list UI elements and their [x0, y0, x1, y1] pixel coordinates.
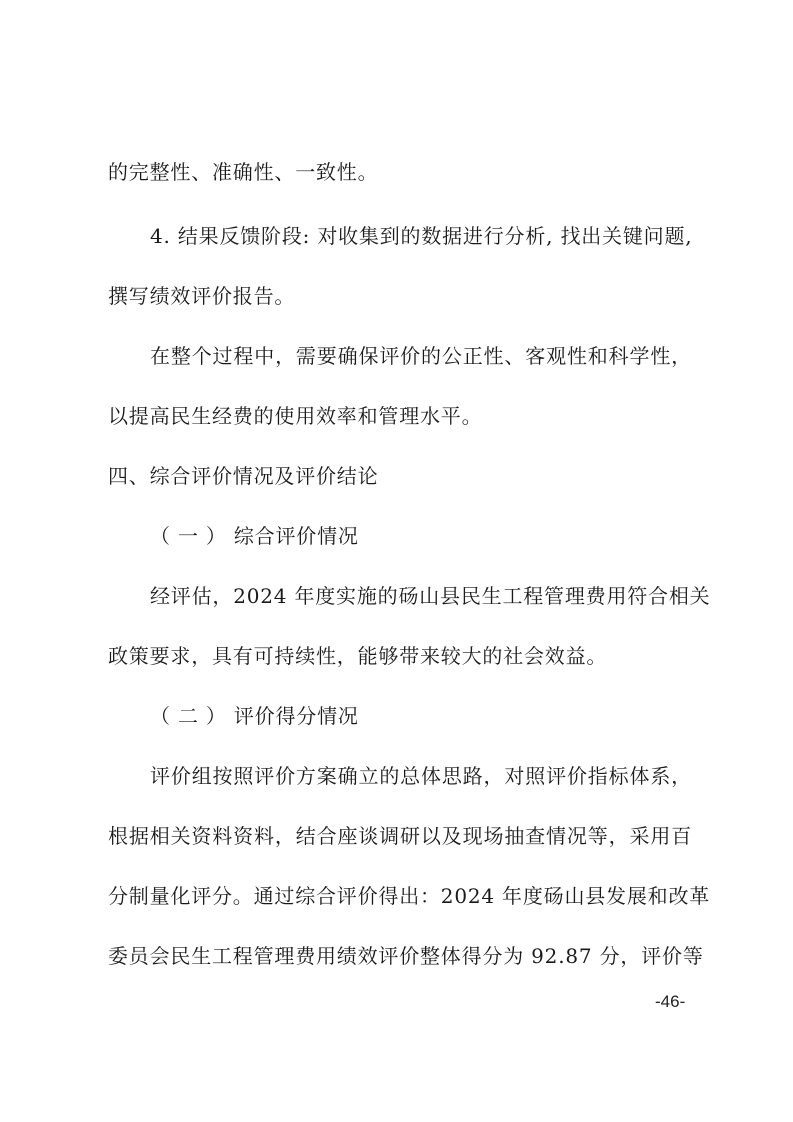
page-number: -46- — [655, 990, 685, 1014]
subsection-heading: （ 一 ） 综合评价情况 — [150, 523, 692, 549]
paragraph-line: 以提高民生经费的使用效率和管理水平。 — [108, 403, 692, 429]
paragraph-line: 分制量化评分。通过综合评价得出：2024 年度砀山县发展和改革 — [108, 883, 692, 909]
paragraph-line: 的完整性、准确性、一致性。 — [108, 159, 692, 185]
paragraph-line: 政策要求，具有可持续性，能够带来较大的社会效益。 — [108, 643, 692, 669]
subsection-heading: （ 二 ） 评价得分情况 — [150, 703, 692, 729]
paragraph-line: 4. 结果反馈阶段: 对收集到的数据进行分析, 找出关键问题, — [150, 223, 692, 249]
paragraph-line: 撰写绩效评价报告。 — [108, 283, 692, 309]
paragraph-line: 评价组按照评价方案确立的总体思路，对照评价指标体系， — [150, 763, 692, 789]
paragraph-line: 委员会民生工程管理费用绩效评价整体得分为 92.87 分，评价等 — [108, 943, 692, 969]
section-heading: 四、综合评价情况及评价结论 — [108, 463, 692, 489]
paragraph-line: 经评估，2024 年度实施的砀山县民生工程管理费用符合相关 — [150, 583, 692, 609]
paragraph-line: 在整个过程中，需要确保评价的公正性、客观性和科学性， — [150, 343, 692, 369]
document-page: 的完整性、准确性、一致性。 4. 结果反馈阶段: 对收集到的数据进行分析, 找出… — [0, 0, 793, 1122]
paragraph-line: 根据相关资料资料，结合座谈调研以及现场抽查情况等，采用百 — [108, 823, 692, 849]
